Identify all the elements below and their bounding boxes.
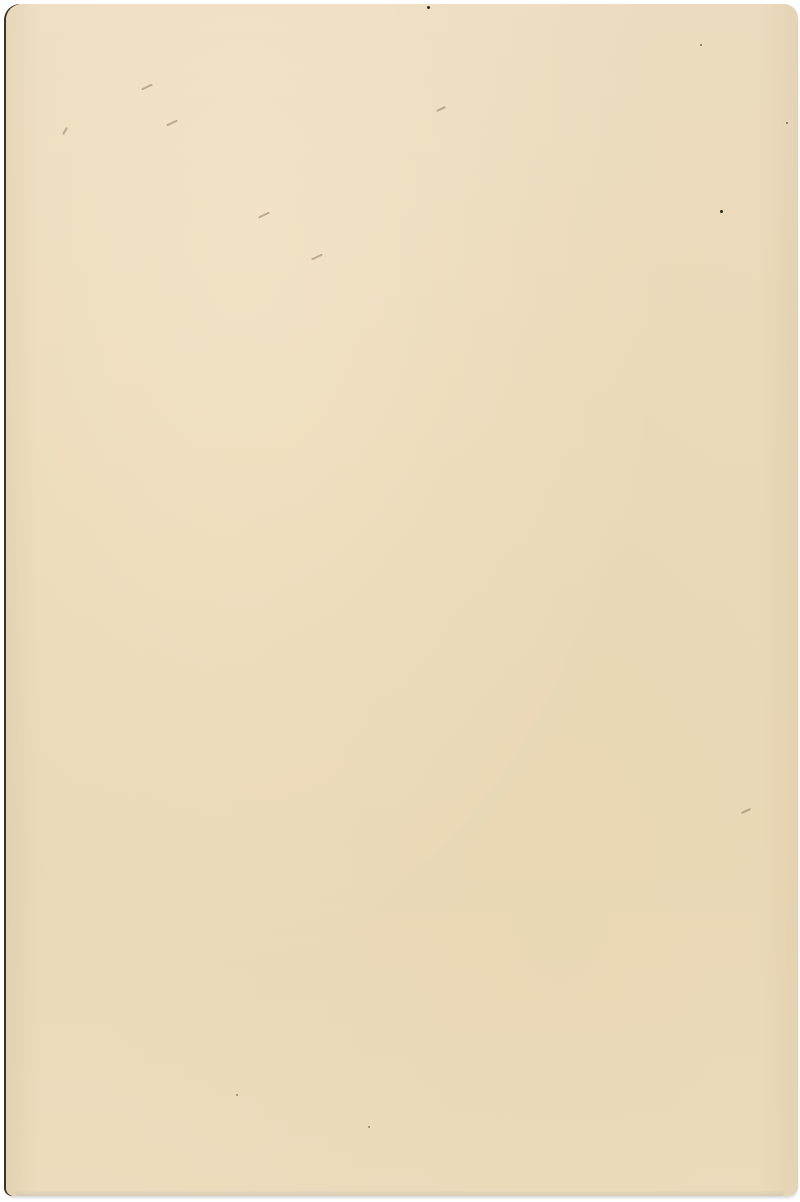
paper-fiber-mark — [258, 212, 270, 219]
image-canvas — [0, 0, 800, 1202]
ink-speck — [786, 122, 788, 124]
paper-fiber-mark — [166, 120, 178, 127]
paper-fiber-mark — [436, 106, 446, 112]
blank-aged-paper-sheet — [6, 4, 798, 1196]
ink-speck — [368, 1126, 370, 1128]
ink-speck — [700, 44, 702, 46]
paper-fiber-mark — [741, 808, 751, 814]
ink-speck — [720, 210, 723, 213]
paper-fiber-mark — [311, 254, 323, 261]
paper-fiber-mark — [141, 84, 153, 91]
ink-speck — [236, 1094, 238, 1096]
ink-speck — [427, 6, 430, 9]
paper-bottom-edge — [14, 1190, 786, 1196]
paper-fiber-mark — [62, 127, 68, 135]
